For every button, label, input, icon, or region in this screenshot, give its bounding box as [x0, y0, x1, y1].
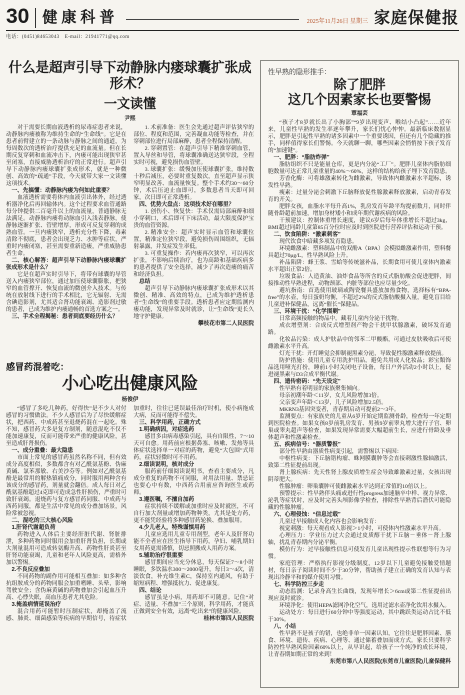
sub-heading: 3.遵医嘱，不擅自加药: [134, 497, 255, 504]
section-heading: 二、核心解答：超声引导下动静脉内瘘球囊扩张成形术是什么？: [6, 258, 127, 272]
paragraph: 对于需要长期血液透析的尿毒症患者来说，动静脉内瘘被称为维持生命的“生命线”。它是…: [6, 125, 127, 188]
article2-headline: 小心吃出健康风险: [6, 374, 254, 393]
paragraph: 日常高频接触的物品中，藏着儿童内分泌干扰物。: [268, 316, 451, 323]
section-heading: 四、优势大盘点：这项技术好在哪里？: [134, 202, 255, 209]
article2-body: “感冒了多吃几种药，好得快”是不少人对付感冒的习惯做法。不少人感冒后为了尽快缓解…: [6, 406, 254, 623]
paragraph: 市面上常见的感冒药虽然名称不同，但有效成分高度相似，多数都含有对乙酰氨基酚、伪麻…: [6, 455, 127, 518]
paragraph: 不同药物的副作用可能相互叠加：如多种含抗组胺成分的药物同服会加重嗜睡、头晕，影响…: [6, 574, 127, 602]
paragraph: 血液透析需要将体内血液引出体外，经过透析器净化后再回输体内。这个过程要求血管通路…: [6, 195, 127, 258]
paragraph: 感冒期间应当充分休息，每天保证7～8小时睡眠，多饮温水300～2000毫升，每日…: [134, 560, 255, 588]
article-precocious-puberty: 性早熟的隐形推手： 除了肥胖 这几个因素家长也要警惕 覃福芸 “孩子才8岁就长出…: [260, 60, 459, 688]
article-cold-medicine: 感冒药混着吃： 小心吃出健康风险 杨俊伊 “感冒了多吃几种药，好得快”是不少人对…: [6, 360, 254, 692]
paragraph: 瘦素：过量分泌会刺激下丘脑释放促性腺激素释放激素，启动青春发育的开关。: [268, 190, 451, 204]
article3-headline-line1: 除了肥胖: [268, 77, 451, 92]
paragraph: 母亲初潮年龄＜11岁，女儿风险增加3倍。: [268, 393, 451, 400]
paragraph: 成衣增塑剂：合成反式增塑剂产物会干扰甲状腺激素，破坏发育通路。: [268, 323, 451, 337]
article1-byline: 尹熙: [6, 114, 254, 122]
sub-heading: 1.肝肾代谢超负荷: [6, 525, 127, 532]
paragraph: 性腺肿瘤：卵巢囊肿可使雌激素水平达到正常值的10倍以上。: [268, 484, 451, 491]
sub-heading: 1.明确病因，对症选药: [134, 427, 255, 434]
paragraph: 性早熟有着明显的家族聚集倾向。: [268, 386, 451, 393]
article-fistula-angioplasty: 什么是超声引导下动静脉内瘘球囊扩张成形术？ 一文读懂 尹熙 对于需要长期血液透析…: [6, 60, 254, 358]
header-rule-line: [126, 19, 298, 20]
section-heading: 总结: [134, 279, 255, 286]
paragraph: 补品陷阱：蜂王浆、雪蛤等传统滋补品，长期食用可使儿童体内激素水平超出正常2倍。: [268, 260, 451, 274]
section-heading: 四、结论: [134, 588, 255, 595]
paragraph: 超声引导下动静脉内瘘球囊扩张成形术以其微创、精准、高效的特点，已成为维护透析患者…: [134, 286, 255, 321]
article3-kicker: 性早熟的隐形推手：: [268, 67, 451, 77]
section-heading: 二、饮食陷阱：“激素刺客”: [268, 232, 451, 239]
paragraph: 药物进入人体后主要经肝脏代谢、肾脏排泄，多种药物同时服用会加重肝肾负担，长期或大…: [6, 532, 127, 567]
article1-body: 对于需要长期血液透析的尿毒症患者来说，动静脉内瘘被称为维持生命的“生命线”。它是…: [6, 125, 254, 328]
paragraph: 家庭管理：严格执行影视分级制度，12岁以下儿童避免接触爱情题材，每日亲子阅读时间…: [268, 561, 451, 582]
paragraph: 1. 创伤小、恢复快：手术仅需局部麻醉和细小穿刺口，术后即可下床活动，最大限度保…: [134, 209, 255, 230]
attribution: 攀枝花市第二人民医院: [134, 321, 255, 328]
contact-line: 电话：(0451)84653043 E-mail：21941771@qq.com: [6, 33, 459, 40]
paragraph: 3. 球囊扩张：缓慢加压使球囊扩张，维持数十秒后减压，必要时重复数次，直至超声显…: [134, 167, 255, 202]
section-heading: 七、科学防控三步走: [268, 582, 451, 589]
paragraph: 运动处方：每日进行60分钟中等强度运动，其中跳跃类运动占比不低于30%。: [268, 610, 451, 624]
section-heading: 二、混吃的三大核心风险: [6, 518, 127, 525]
paragraph: 干预建议：控制体重增长速度，建议6岁后每年体重增长不超过3kg，BMI超过同龄儿…: [268, 218, 451, 232]
paragraph: 防护措施：使用儿童专用洗护用品，避免共用成人化妆品；彩宝類饰品选用哑光打扮，睡前…: [268, 358, 451, 379]
paragraph: 服药前仔细阅读说明书，查看主要成分，凡成分重复的药物不可同服，对用法用量、禁忌证…: [134, 469, 255, 497]
section-heading: 四、遗传密码：“先天设定”: [268, 379, 451, 386]
paragraph: 模仿行为：过早接触性信息可使发育儿童出现性提示性联想等行为习惯。: [268, 547, 451, 561]
paragraph: 2. 精准安全：超声实时显示血管和球囊位置，精准定位狭窄段，避免损伤周围组织，无…: [134, 230, 255, 251]
paragraph: 脂肪组织不只是能量仓库，更是内分泌“工厂”。肥胖儿童体内脂肪细胞数量可达正常儿童…: [268, 162, 451, 176]
paragraph: 2. 穿刺置管：在超声引导下精准穿刺血管，置入导丝和导管，将球囊准确送达狭窄段，…: [134, 146, 255, 167]
paragraph: 避坑指南：首选使用玻璃或陶瓷餐具盛放加热食物，选择标有“BPA-free”的水壶…: [268, 288, 451, 309]
paragraph: 儿童过早接触成人化内容也会影响发育：: [268, 519, 451, 526]
sub-heading: 2.细读说明，核对成分: [134, 462, 255, 469]
paragraph: 部分性早熟由器质性病变引起，需警惕以下病因：: [268, 449, 451, 456]
section-heading: 八、小结: [268, 624, 451, 631]
paragraph: 垃圾食品：人造黄油、油炸食品等所含的反式脂肪酸会促进肥胖，间接推动性早熟进程，动…: [268, 274, 451, 288]
section-heading: 六、心理侵蚀：“信息过载”: [268, 512, 451, 519]
article3-body: “孩子才8岁就长出了小胸部”“9岁出现变声、喉结小凸起”……近年来，儿童性早熟的…: [268, 120, 451, 666]
paragraph: 预警提示：性早熟伴头痛或进行性progress加速脑卒中样、视力异常、泌乳等症状…: [268, 491, 451, 512]
paragraph: 环境净化：使用HEPA滤网净化空气，选用过滤水壶净化饮用水摄入。: [268, 603, 451, 610]
article1-subtitle: 一文读懂: [6, 93, 254, 112]
section-title: 健康科普: [42, 8, 118, 28]
article2-byline: 杨俊伊: [6, 395, 254, 403]
section-heading: 五、疾病信号：“器质警报”: [268, 442, 451, 449]
sub-heading: 5.辅助治疗很重要: [134, 553, 255, 560]
article3-byline: 覃福芸: [268, 109, 451, 117]
paragraph: 灯光干扰：开灯睡觉会抑制褪黑素分泌，导致促性腺激素释放提前。: [268, 351, 451, 358]
paragraph: 肥胖女孩，血脂水平每升高1%，乳房发育年龄平均提前数月，同时伴随骨龄超前加速，增…: [268, 204, 451, 218]
attribution: 桂林市第四人民医院: [134, 616, 255, 623]
paragraph: 父亲变声年龄＜13岁，儿子风险增加2.5倍。: [268, 400, 451, 407]
paragraph: “孩子才8岁就长出了小胸部”“9岁出现变声、喉结小凸起”……近年来，儿童性早熟的…: [268, 120, 451, 155]
newspaper-name: 家庭保健报: [374, 10, 459, 28]
page-header: 30 健康科普 2025年11月26日 星期三 家庭保健报 电话：(0451)8…: [6, 6, 459, 40]
paragraph: 现代饮食中暗藏多项发育隐患。: [268, 239, 451, 246]
sub-heading: 4.少儿老人，特殊谨慎用药: [134, 525, 255, 532]
article1-headline: 什么是超声引导下动静脉内瘘球囊扩张成形术？: [6, 60, 254, 92]
paragraph: 环境雌激素：塑料制品中的双酚A（BPA）会模拟雌激素作用，塑料餐具超过70μg/…: [268, 246, 451, 260]
page-number: 30: [6, 6, 29, 28]
paragraph: 感冒多由病毒感染引起，具有自限性，7～10天可自愈。用药前应根据鼻塞、咳嗽、发热…: [134, 434, 255, 462]
paragraph: 儿童应选用儿童专用剂型，老年人及肝肾功能不全者应在医生指导下用药，孕妇、哺乳期妇…: [134, 532, 255, 553]
paragraph: 感冒虽是小病，用药却不可随意。记住“对症、适量、不叠加”三个原则，科学用药，才能…: [134, 595, 255, 616]
paragraph: 监测要点：有家族史的儿童从6岁开始定期监测骨龄，检查每一年定期到医院检查。如果女…: [268, 414, 451, 442]
issue-date: 2025年11月26日 星期三: [307, 16, 368, 25]
paragraph: MKRN3基因突变者，青春期启动可提前2～3年。: [268, 407, 451, 414]
paragraph: “感冒了多吃几种药，好得快”是不少人对付感冒的习惯做法。不少人感冒后为了尽快缓解…: [6, 406, 127, 448]
paragraph: 性早熟不是孩子的错，也绝非单一因素认知，它往往是肥胖因素、膳食、环境、遗传、疾病…: [268, 631, 451, 659]
paragraph: 3. 可重复操作：若内瘘再次狭窄，可以再次扩张，不影响后续治疗，也为高龄和基础疾…: [134, 251, 255, 279]
paragraph: 动态监测：记录身高生长曲线，发现年增长＞6cm或第二性征提前出现应及时就诊。: [268, 589, 451, 603]
paragraph: 芳香化酶：可将雄激素转化为雌激素，导致体内雌激素水平超标，诱发性早熟。: [268, 176, 451, 190]
sub-heading: 2.不良反应叠加: [6, 567, 127, 574]
attribution: 东莞市第八人民医院(东莞市儿童医院)儿童保健科: [268, 659, 451, 666]
article2-kicker: 感冒药混着吃：: [6, 360, 254, 373]
paragraph: 症状持续不缓解或加重时应及时就医，不可自行加大剂量或增加药物种类，尤其是处方药，…: [134, 504, 255, 525]
article3-headline-line2: 这几个因素家长也要警惕: [268, 92, 451, 107]
paragraph: 中枢性病变：下丘脑错构瘤、蛛网膜囊肿等会直接刺激性腺轴激活，致第二性征提前出现。: [268, 456, 451, 470]
paragraph: 视觉刺激：每天观看成人影视＞1小时，可使体内性激素水平升高。: [268, 526, 451, 533]
paragraph: 1. 术前准备：医生会先通过超声评估狭窄的部位、程度和范围，完善凝血功能等检查，…: [134, 125, 255, 146]
section-heading: 三、科学用药，正确方式: [134, 420, 255, 427]
sub-heading: 3.掩盖病情延误治疗: [6, 602, 127, 609]
section-heading: 一、成分重叠：最大隐患: [6, 448, 127, 455]
paragraph: 肾上腺疾病：先天性肾上腺皮质增生症会导致雄激素过量，女孩出现阴蒂肥大。: [268, 470, 451, 484]
section-heading: 三、环境干扰：“化学围剿”: [268, 309, 451, 316]
masthead-row: 30 健康科普 2025年11月26日 星期三 家庭保健报: [6, 6, 459, 28]
header-divider: [35, 8, 36, 28]
paragraph: 化妆品污染：成人护肤品中的邻苯二甲酸酯，可通过皮肤吸收后可使雌激素水平升高。: [268, 337, 451, 351]
section-heading: 一、先搞懂：动静脉内瘘为何如此重要？: [6, 188, 127, 195]
paragraph: 它是在超声实时引导下，将带有球囊的导管送入内瘘狭窄部位，通过加压使球囊膨胀，把狭…: [6, 272, 127, 314]
header-bottom-rule: [6, 30, 459, 31]
section-heading: 一、肥胖：“脂肪炸弹”: [268, 155, 451, 162]
paragraph: 心理压力：学业压力过大会通过皮质醇干扰下丘脑－垂体－肾上腺轴，扰乱青春期内分泌平…: [268, 533, 451, 547]
section-heading: 三、手术全程揭秘：患者到底要经历什么？: [6, 314, 127, 321]
